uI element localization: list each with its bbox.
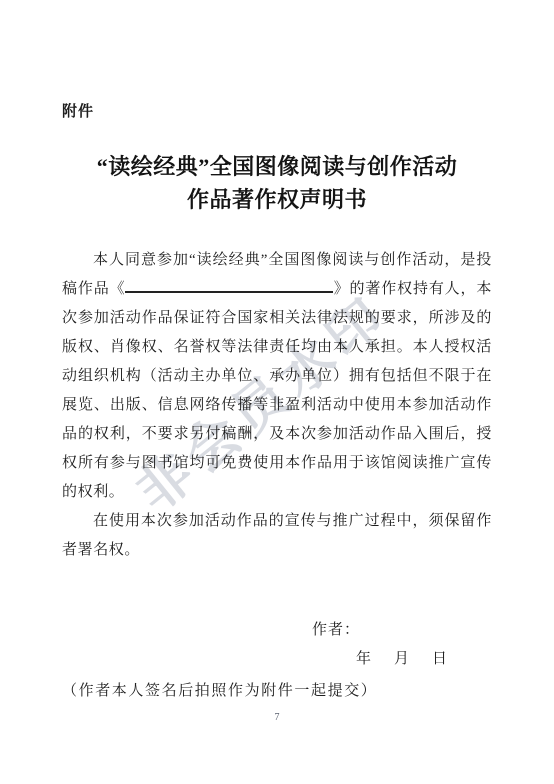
declaration-paragraph-1: 本人同意参加“读绘经典”全国图像阅读与创作活动，是投稿作品《》的著作权持有人，本…: [62, 246, 492, 507]
day-label: 日: [432, 651, 448, 667]
document-title-line2: 作品著作权声明书: [62, 183, 492, 216]
month-label: 月: [394, 651, 410, 667]
paragraph-1-text-after-blank: 》的著作权持有人，本次参加活动作品保证符合国家相关法律法规的要求，所涉及的版权、…: [62, 281, 492, 500]
document-title: “读绘经典”全国图像阅读与创作活动 作品著作权声明书: [62, 150, 492, 216]
declaration-paragraph-2: 在使用本次参加活动作品的宣传与推广过程中，须保留作者署名权。: [62, 507, 492, 565]
submission-note: （作者本人签名后拍照作为附件一起提交）: [62, 681, 492, 701]
document-content: 附件 “读绘经典”全国图像阅读与创作活动 作品著作权声明书 本人同意参加“读绘经…: [62, 102, 492, 701]
signature-block: 作者： 年月日 （作者本人签名后拍照作为附件一起提交）: [62, 621, 492, 701]
document-title-line1: “读绘经典”全国图像阅读与创作活动: [62, 150, 492, 183]
author-label: 作者：: [312, 621, 492, 639]
declaration-body: 本人同意参加“读绘经典”全国图像阅读与创作活动，是投稿作品《》的著作权持有人，本…: [62, 246, 492, 565]
work-title-blank-line: [125, 276, 333, 293]
document-page: 非会员水印 附件 “读绘经典”全国图像阅读与创作活动 作品著作权声明书 本人同意…: [0, 0, 554, 784]
year-label: 年: [356, 651, 372, 667]
date-line: 年月日: [356, 650, 492, 668]
page-number: 7: [0, 712, 554, 723]
attachment-label: 附件: [62, 102, 492, 122]
